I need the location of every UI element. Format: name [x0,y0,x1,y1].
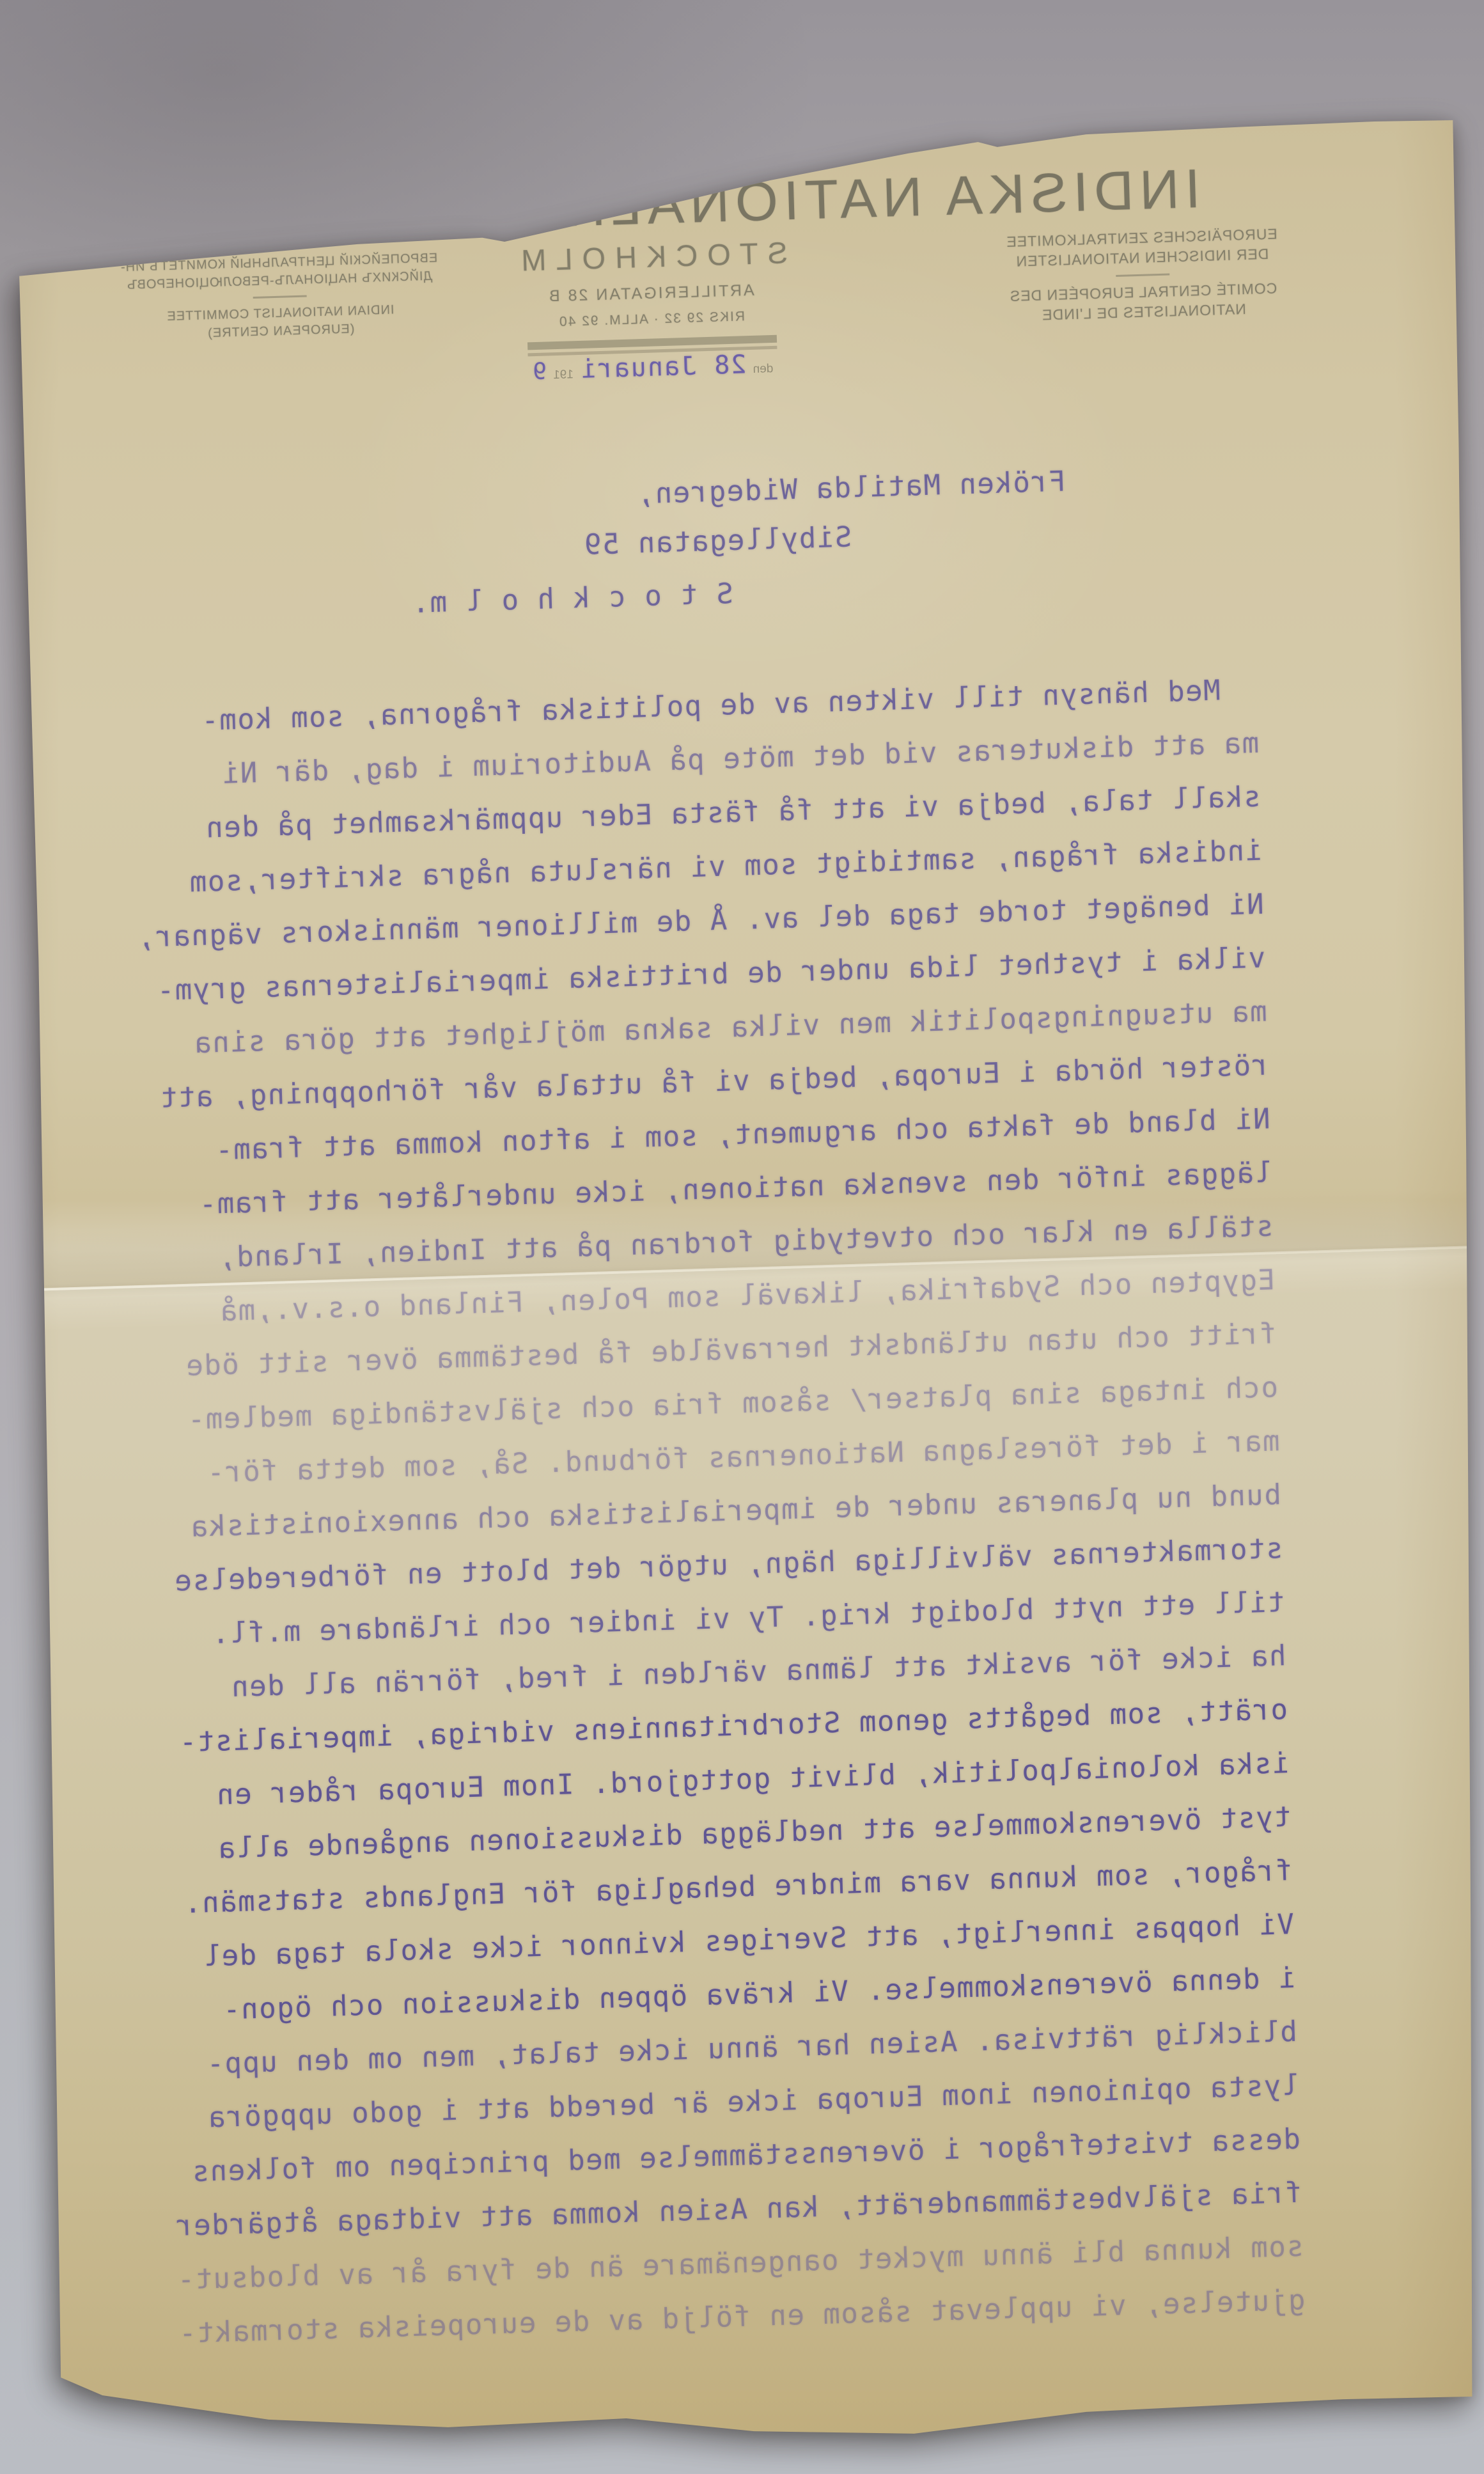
date-stamp-year-digit: 9 [533,358,547,385]
letterhead-russian-english-column: ЕВРОПЕЙСКІЙ ЦЕНТРАЛЬНЫЙ КОМИТЕТЪ ИН- ДІЙ… [81,248,480,346]
recipient-city: S t o c k h o l m. [410,577,733,620]
column-divider-rule [1116,274,1169,277]
mirrored-content-layer: INDISKA NATIONALKOMMITTÉN EUROPÄISCHES Z… [0,94,1484,2450]
recipient-name: Fröken Matilda Widegren, [636,465,1066,510]
letter-paper: INDISKA NATIONALKOMMITTÉN EUROPÄISCHES Z… [0,0,1484,2474]
column-divider-rule [253,295,307,299]
photographed-letter-scan: INDISKA NATIONALKOMMITTÉN EUROPÄISCHES Z… [0,0,1484,2474]
letterhead-address-block: STOCKHOLM ARTILLERIGATAN 28 B RIKS 29 32… [470,233,831,358]
letterhead-german-french-column: EUROPÄISCHES ZENTRALKOMITEE DER INDISCHE… [943,223,1342,328]
paper-shadow: INDISKA NATIONALKOMMITTÉN EUROPÄISCHES Z… [0,0,1484,2474]
letterhead-street: ARTILLERIGATAN 28 B [471,279,830,308]
date-printed-prefix: den [753,362,773,377]
date-printed-year: 191 [553,368,574,382]
mirror-flip-layer: INDISKA NATIONALKOMMITTÉN EUROPÄISCHES Z… [0,94,1484,2450]
date-stamp: 28 Januari [579,350,747,384]
recipient-street: Sibyllegatan 59 [583,521,852,561]
letterhead-phones: RIKS 29 32 · ALLM. 92 40 [473,306,831,333]
body-text: Med hänsyn till vikten av de politiska f… [126,673,1306,2371]
